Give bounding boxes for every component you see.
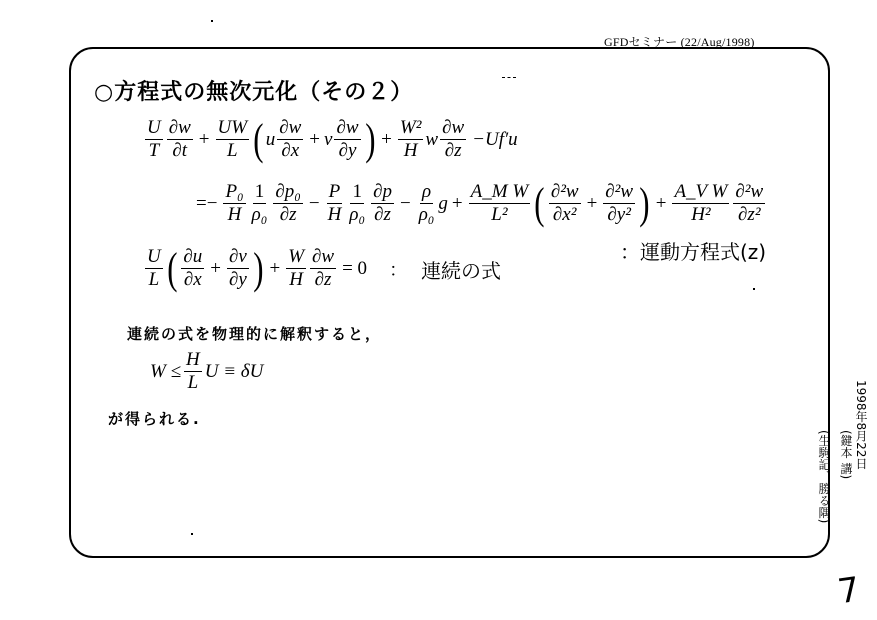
numerator: ρ bbox=[420, 182, 433, 204]
operator: + bbox=[199, 129, 210, 151]
numerator: A_M W bbox=[469, 182, 531, 204]
denominator: ∂y bbox=[227, 269, 249, 291]
page-number: 7 bbox=[836, 573, 862, 610]
continuity-equation: UL ( ∂u∂x + ∂v∂y ) + WH ∂w∂z = 0 ： 連続の式 bbox=[143, 247, 501, 291]
inequality-lhs: W ≤ bbox=[150, 361, 181, 383]
fraction: 1ρ₀ bbox=[347, 182, 367, 226]
left-paren: ( bbox=[253, 118, 263, 162]
right-paren: ) bbox=[253, 247, 263, 291]
inequality-rhs: U ≡ δU bbox=[205, 361, 264, 383]
denominator: ρ₀ bbox=[250, 204, 270, 226]
denominator: L² bbox=[489, 204, 509, 226]
fraction: P₀H bbox=[223, 182, 245, 226]
operator: =− bbox=[196, 193, 217, 215]
slide-title: ○方程式の無次元化（その２） bbox=[94, 75, 413, 106]
fraction: ∂w∂z bbox=[440, 118, 466, 162]
denominator: ∂z² bbox=[736, 204, 762, 226]
fraction: UWL bbox=[216, 118, 250, 162]
denominator: ∂z bbox=[313, 269, 334, 291]
denominator: ∂x² bbox=[551, 204, 579, 226]
operator: − bbox=[309, 193, 320, 215]
numerator: ∂w bbox=[440, 118, 466, 140]
coriolis-term: −Uf′u bbox=[472, 129, 517, 151]
variable: w bbox=[425, 129, 438, 151]
denominator: ∂x bbox=[279, 140, 301, 162]
scan-dot bbox=[191, 533, 193, 535]
numerator: P₀ bbox=[223, 182, 245, 204]
numerator: U bbox=[145, 118, 163, 140]
denominator: ρ₀ bbox=[347, 204, 367, 226]
numerator: ∂²w bbox=[603, 182, 635, 204]
numerator: UW bbox=[216, 118, 250, 140]
numerator: A_V W bbox=[672, 182, 729, 204]
conclusion-text: が得られる. bbox=[108, 408, 201, 429]
denominator: ∂y² bbox=[605, 204, 633, 226]
denominator: L bbox=[147, 269, 162, 291]
variable: g bbox=[438, 193, 448, 215]
denominator: H bbox=[326, 204, 344, 226]
scan-dot bbox=[753, 288, 755, 290]
operator: = 0 bbox=[342, 258, 367, 280]
numerator: 1 bbox=[350, 182, 364, 204]
numerator: ∂v bbox=[227, 247, 249, 269]
operator: + bbox=[381, 129, 392, 151]
fraction: ∂w∂y bbox=[334, 118, 360, 162]
fraction: ∂²w∂y² bbox=[603, 182, 635, 226]
momentum-equation-handwritten-label: ：運動方程式(z) bbox=[620, 236, 766, 265]
numerator: ∂p₀ bbox=[273, 182, 303, 204]
date-note: 1998年8月22日 bbox=[853, 380, 870, 469]
fraction: PH bbox=[326, 182, 344, 226]
numerator: ∂²w bbox=[733, 182, 765, 204]
operator: + bbox=[309, 129, 320, 151]
fraction: ∂²w∂x² bbox=[549, 182, 581, 226]
fraction: A_M WL² bbox=[469, 182, 531, 226]
numerator: ∂w bbox=[334, 118, 360, 140]
numerator: ∂p bbox=[371, 182, 394, 204]
denominator: H bbox=[287, 269, 305, 291]
denominator: ∂z bbox=[443, 140, 464, 162]
numerator: W bbox=[286, 247, 306, 269]
numerator: U bbox=[145, 247, 163, 269]
denominator: ρ₀ bbox=[417, 204, 437, 226]
operator: + bbox=[269, 258, 280, 280]
continuity-handwritten-label: 連続の式 bbox=[421, 255, 501, 284]
fraction: W²H bbox=[398, 118, 424, 162]
right-paren: ) bbox=[365, 118, 375, 162]
fraction: 1ρ₀ bbox=[250, 182, 270, 226]
operator: + bbox=[656, 193, 667, 215]
numerator: ∂u bbox=[181, 247, 204, 269]
numerator: W² bbox=[398, 118, 424, 140]
denominator: ∂y bbox=[337, 140, 359, 162]
fraction: ∂w∂t bbox=[167, 118, 193, 162]
fraction: ∂p₀∂z bbox=[273, 182, 303, 226]
denominator: T bbox=[147, 140, 162, 162]
scan-mark bbox=[502, 77, 516, 78]
fraction: ρρ₀ bbox=[417, 182, 437, 226]
numerator: ∂w bbox=[310, 247, 336, 269]
scale-inequality: W ≤ HL U ≡ δU bbox=[150, 350, 263, 394]
denominator: L bbox=[186, 372, 201, 394]
denominator: ∂x bbox=[182, 269, 204, 291]
denominator: H² bbox=[689, 204, 712, 226]
fraction: HL bbox=[184, 350, 202, 394]
right-paren: ) bbox=[639, 182, 649, 226]
left-paren: ( bbox=[167, 247, 177, 291]
operator: + bbox=[452, 193, 463, 215]
fraction: ∂v∂y bbox=[227, 247, 249, 291]
denominator: ∂z bbox=[372, 204, 393, 226]
fraction: ∂²w∂z² bbox=[733, 182, 765, 226]
numerator: H bbox=[184, 350, 202, 372]
numerator: ∂²w bbox=[549, 182, 581, 204]
left-paren: ( bbox=[534, 182, 544, 226]
momentum-equation-lhs: UT ∂w∂t + UWL ( u ∂w∂x + v ∂w∂y ) + W²H … bbox=[143, 118, 518, 162]
scan-dot bbox=[211, 20, 213, 22]
momentum-equation-rhs: =− P₀H 1ρ₀ ∂p₀∂z − PH 1ρ₀ ∂p∂z − ρρ₀ g +… bbox=[192, 182, 767, 226]
fraction: A_V WH² bbox=[672, 182, 729, 226]
variable: v bbox=[324, 129, 332, 151]
fraction: ∂w∂z bbox=[310, 247, 336, 291]
fraction: ∂u∂x bbox=[181, 247, 204, 291]
fraction: UL bbox=[145, 247, 163, 291]
numerator: ∂w bbox=[167, 118, 193, 140]
recorder-note: (生駒記、勝る隅) bbox=[816, 430, 833, 523]
variable: u bbox=[266, 129, 276, 151]
numerator: ∂w bbox=[277, 118, 303, 140]
operator: − bbox=[400, 193, 411, 215]
fraction: WH bbox=[286, 247, 306, 291]
fraction: ∂w∂x bbox=[277, 118, 303, 162]
fraction: UT bbox=[145, 118, 163, 162]
lecturer-note: (鍵本 講) bbox=[838, 430, 855, 479]
denominator: ∂z bbox=[278, 204, 299, 226]
denominator: ∂t bbox=[170, 140, 189, 162]
numerator: P bbox=[327, 182, 343, 204]
explanation-text: 連続の式を物理的に解釈すると， bbox=[127, 323, 382, 344]
denominator: H bbox=[402, 140, 420, 162]
label-colon: ： bbox=[389, 256, 407, 282]
operator: + bbox=[587, 193, 598, 215]
operator: + bbox=[210, 258, 221, 280]
fraction: ∂p∂z bbox=[371, 182, 394, 226]
denominator: H bbox=[226, 204, 244, 226]
numerator: 1 bbox=[253, 182, 267, 204]
denominator: L bbox=[225, 140, 240, 162]
